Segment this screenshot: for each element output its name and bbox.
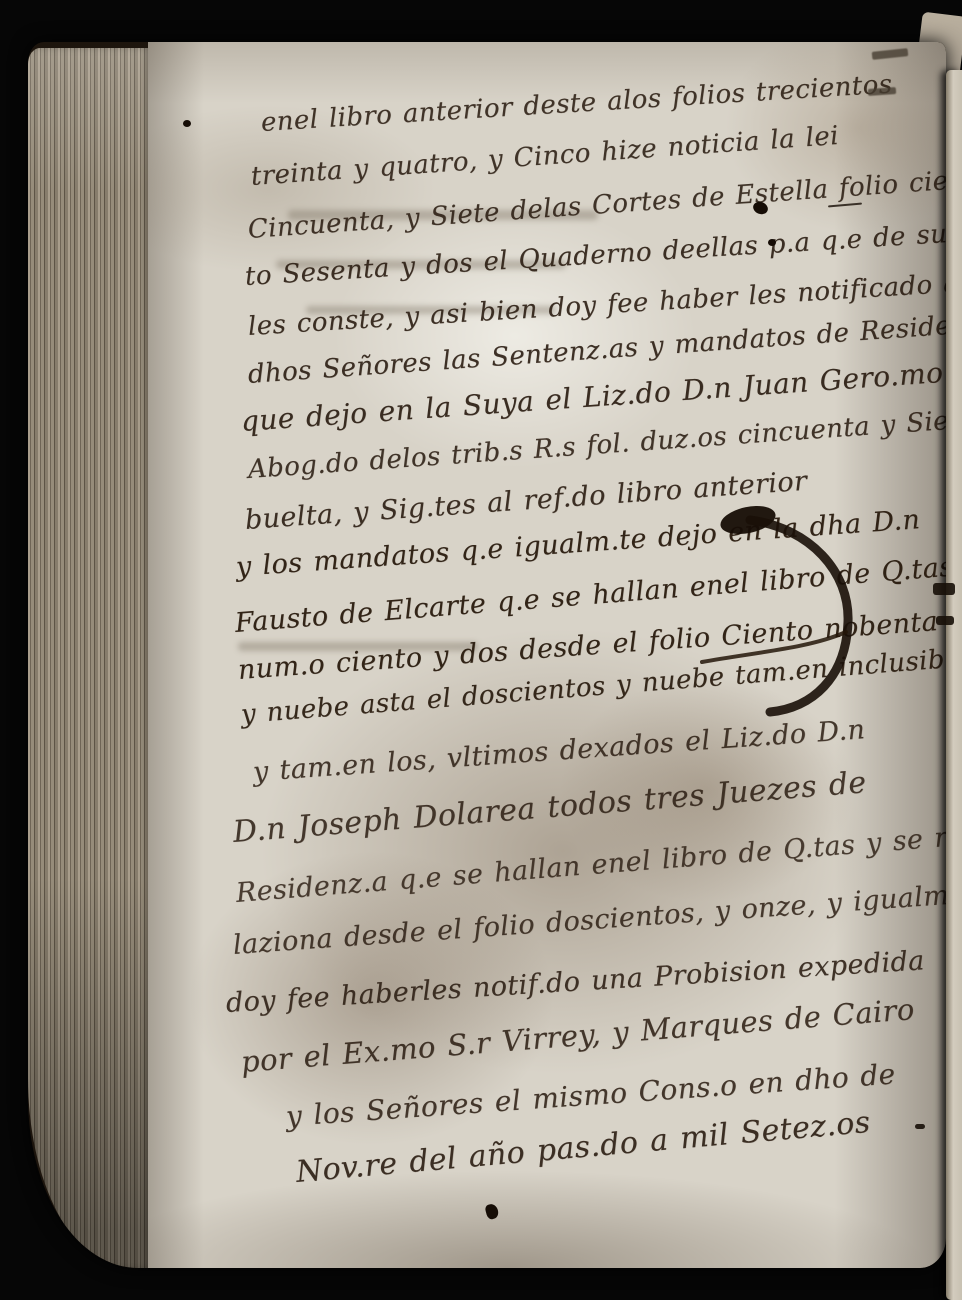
book-fore-edge (28, 48, 154, 1268)
book-block: enel libro anterior deste alos folios tr… (28, 42, 946, 1268)
gutter-ink-mark (915, 1124, 925, 1129)
manuscript-photo: enel libro anterior deste alos folios tr… (0, 0, 962, 1300)
facing-page-edge (946, 70, 962, 1300)
manuscript-page: enel libro anterior deste alos folios tr… (148, 42, 946, 1268)
ink-blot (484, 1203, 499, 1221)
gutter-ink-mark (936, 616, 954, 625)
ink-flourish (698, 480, 878, 730)
ink-smudge (872, 48, 909, 60)
ink-blot (768, 239, 776, 246)
ink-blot (183, 120, 191, 127)
gutter-ink-mark (933, 583, 955, 595)
